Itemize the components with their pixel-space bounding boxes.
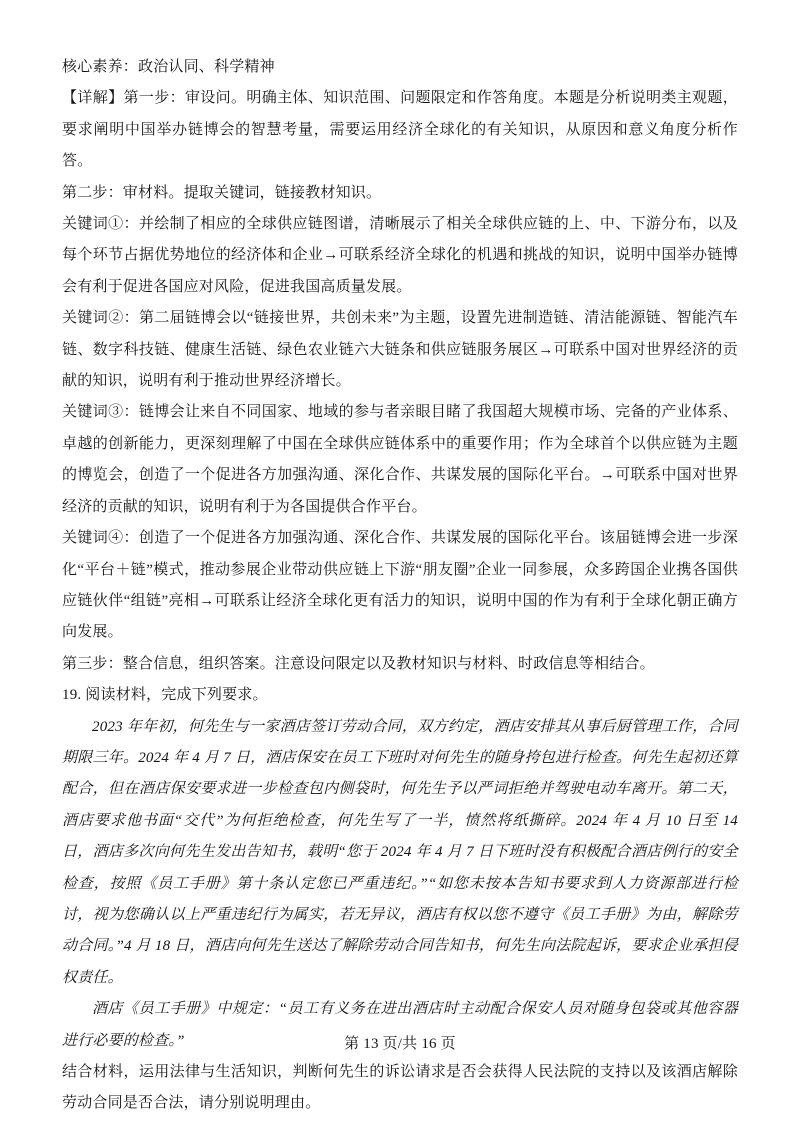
question-19-heading: 19. 阅读材料，完成下列要求。	[62, 680, 738, 711]
question-19-material-paragraph: 2023 年年初，何先生与一家酒店签订劳动合同，双方约定，酒店安排其从事后厨管理…	[62, 712, 738, 995]
keyword3-paragraph: 关键词③：链博会让来自不同国家、地域的参与者亲眼目睹了我国超大规模市场、完备的产…	[62, 397, 738, 523]
question-19-task-paragraph: 结合材料，运用法律与生活知识，判断何先生的诉讼请求是否会获得人民法院的支持以及该…	[62, 1057, 738, 1120]
keyword2-paragraph: 关键词②：第二届链博会以“链接世界，共创未来”为主题，设置先进制造链、清洁能源链…	[62, 303, 738, 397]
keyword4-paragraph: 关键词④：创造了一个促进各方加强沟通、深化合作、共谋发展的国际化平台。该届链博会…	[62, 523, 738, 649]
page-number-footer: 第 13 页/共 16 页	[0, 1033, 800, 1055]
document-page: 核心素养：政治认同、科学精神 【详解】第一步：审设问。明确主体、知识范围、问题限…	[0, 0, 800, 1131]
step3-line: 第三步：整合信息，组织答案。注意设问限定以及教材知识与材料、时政信息等相结合。	[62, 649, 738, 680]
analysis-step1-paragraph: 【详解】第一步：审设问。明确主体、知识范围、问题限定和作答角度。本题是分析说明类…	[62, 83, 738, 177]
core-literacy-line: 核心素养：政治认同、科学精神	[62, 52, 738, 83]
step2-line: 第二步：审材料。提取关键词，链接教材知识。	[62, 178, 738, 209]
keyword1-paragraph: 关键词①：并绘制了相应的全球供应链图谱，清晰展示了相关全球供应链的上、中、下游分…	[62, 209, 738, 303]
